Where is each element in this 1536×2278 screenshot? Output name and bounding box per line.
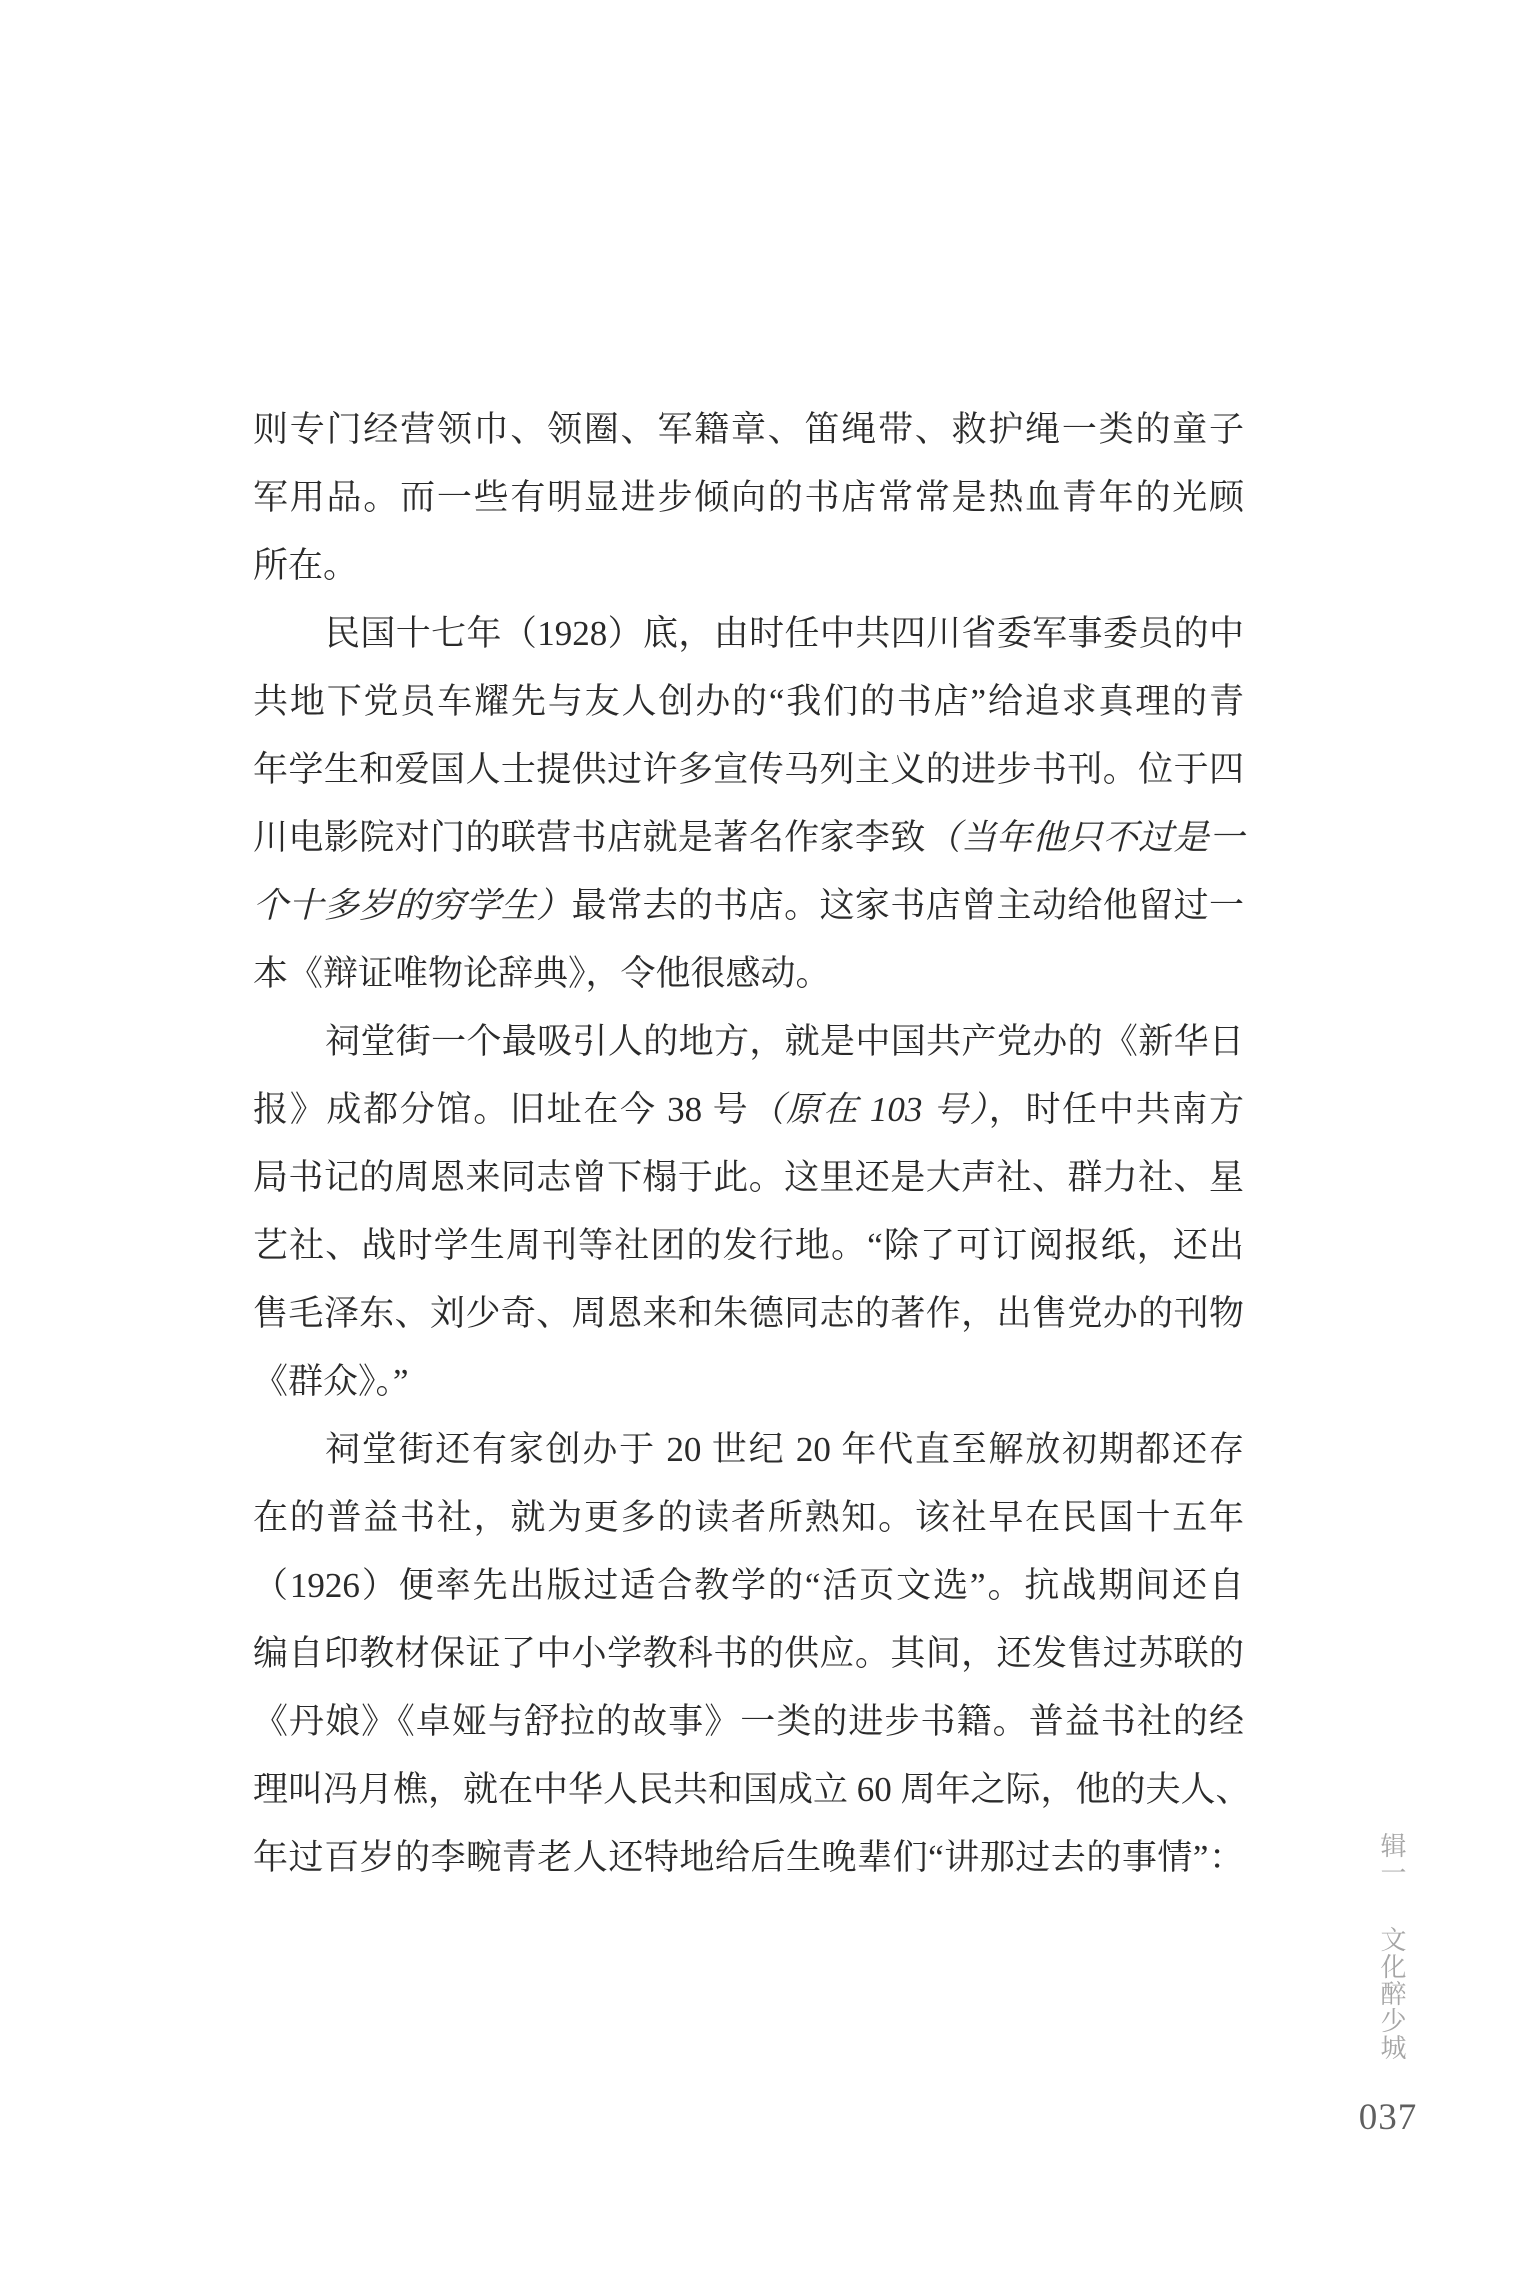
text-line: 理叫冯月樵，就在中华人民共和国成立 60 周年之际，他的夫人、 xyxy=(253,1756,1244,1824)
text-segment: 局书记的周恩来同志曾下榻于此。这里还是大声社、群力社、星 xyxy=(253,1158,1244,1197)
text-line: 局书记的周恩来同志曾下榻于此。这里还是大声社、群力社、星 xyxy=(253,1144,1244,1212)
text-segment: 《群众》。” xyxy=(253,1362,409,1401)
text-segment: ，时任中共南方 xyxy=(989,1090,1244,1129)
text-line: 共地下党员车耀先与友人创办的“我们的书店”给追求真理的青 xyxy=(253,668,1244,736)
text-line: 《群众》。” xyxy=(253,1348,1244,1416)
text-line: 报》成都分馆。旧址在今 38 号（原在 103 号），时任中共南方 xyxy=(253,1076,1244,1144)
text-line: 在的普益书社，就为更多的读者所熟知。该社早在民国十五年 xyxy=(253,1484,1244,1552)
text-segment: 年过百岁的李畹青老人还特地给后生晚辈们“讲那过去的事情”： xyxy=(253,1838,1244,1877)
paragraph: 民国十七年（1928）底，由时任中共四川省委军事委员的中共地下党员车耀先与友人创… xyxy=(253,600,1244,1008)
text-segment-kaiti: （当年他只不过是一 xyxy=(926,818,1244,857)
text-line: 军用品。而一些有明显进步倾向的书店常常是热血青年的光顾 xyxy=(253,464,1244,532)
text-segment: （1926）便率先出版过适合教学的“活页文选”。抗战期间还自 xyxy=(253,1566,1244,1605)
paragraph: 祠堂街一个最吸引人的地方，就是中国共产党办的《新华日报》成都分馆。旧址在今 38… xyxy=(253,1008,1244,1416)
paragraph: 则专门经营领巾、领圈、军籍章、笛绳带、救护绳一类的童子军用品。而一些有明显进步倾… xyxy=(253,396,1244,600)
text-segment: 民国十七年（1928）底，由时任中共四川省委军事委员的中 xyxy=(325,614,1244,653)
text-line: 《丹娘》《卓娅与舒拉的故事》一类的进步书籍。普益书社的经 xyxy=(253,1688,1244,1756)
text-segment: 祠堂街还有家创办于 20 世纪 20 年代直至解放初期都还存 xyxy=(325,1430,1244,1469)
text-segment: 售毛泽东、刘少奇、周恩来和朱德同志的著作，出售党办的刊物 xyxy=(253,1294,1244,1333)
text-segment: 则专门经营领巾、领圈、军籍章、笛绳带、救护绳一类的童子 xyxy=(253,410,1244,449)
text-line: 艺社、战时学生周刊等社团的发行地。“除了可订阅报纸，还出 xyxy=(253,1212,1244,1280)
text-segment: 祠堂街一个最吸引人的地方，就是中国共产党办的《新华日 xyxy=(325,1022,1244,1061)
text-segment: 编自印教材保证了中小学教科书的供应。其间，还发售过苏联的 xyxy=(253,1634,1244,1673)
text-line: 祠堂街一个最吸引人的地方，就是中国共产党办的《新华日 xyxy=(253,1008,1244,1076)
text-segment-kaiti: 个十多岁的穷学生） xyxy=(253,886,572,925)
text-segment: 报》成都分馆。旧址在今 38 号 xyxy=(253,1090,749,1129)
paragraph: 祠堂街还有家创办于 20 世纪 20 年代直至解放初期都还存在的普益书社，就为更… xyxy=(253,1416,1244,1892)
text-line: 售毛泽东、刘少奇、周恩来和朱德同志的著作，出售党办的刊物 xyxy=(253,1280,1244,1348)
text-line: 本《辩证唯物论辞典》，令他很感动。 xyxy=(253,940,1244,1008)
text-segment: 艺社、战时学生周刊等社团的发行地。“除了可订阅报纸，还出 xyxy=(253,1226,1244,1265)
text-line: 川电影院对门的联营书店就是著名作家李致（当年他只不过是一 xyxy=(253,804,1244,872)
text-segment: 军用品。而一些有明显进步倾向的书店常常是热血青年的光顾 xyxy=(253,478,1244,517)
text-line: 年学生和爱国人士提供过许多宣传马列主义的进步书刊。位于四 xyxy=(253,736,1244,804)
text-line: 年过百岁的李畹青老人还特地给后生晚辈们“讲那过去的事情”： xyxy=(253,1824,1244,1892)
text-segment: 理叫冯月樵，就在中华人民共和国成立 60 周年之际，他的夫人、 xyxy=(253,1770,1251,1809)
text-line: （1926）便率先出版过适合教学的“活页文选”。抗战期间还自 xyxy=(253,1552,1244,1620)
text-segment: 共地下党员车耀先与友人创办的“我们的书店”给追求真理的青 xyxy=(253,682,1244,721)
chapter-volume-label: 辑一 xyxy=(1377,1832,1407,1886)
text-segment: 年学生和爱国人士提供过许多宣传马列主义的进步书刊。位于四 xyxy=(253,750,1244,789)
text-segment: 川电影院对门的联营书店就是著名作家李致 xyxy=(253,818,926,857)
chapter-title-label: 文化醉少城 xyxy=(1377,1926,1407,2061)
text-segment-kaiti: （原在 103 号） xyxy=(749,1090,988,1129)
text-segment: 本《辩证唯物论辞典》，令他很感动。 xyxy=(253,954,831,993)
text-line: 个十多岁的穷学生）最常去的书店。这家书店曾主动给他留过一 xyxy=(253,872,1244,940)
text-line: 编自印教材保证了中小学教科书的供应。其间，还发售过苏联的 xyxy=(253,1620,1244,1688)
text-line: 所在。 xyxy=(253,532,1244,600)
page-number: 037 xyxy=(1356,2096,1420,2139)
book-page: 则专门经营领巾、领圈、军籍章、笛绳带、救护绳一类的童子军用品。而一些有明显进步倾… xyxy=(0,0,1536,2278)
text-line: 民国十七年（1928）底，由时任中共四川省委军事委员的中 xyxy=(253,600,1244,668)
text-segment: 在的普益书社，就为更多的读者所熟知。该社早在民国十五年 xyxy=(253,1498,1244,1537)
text-segment: 《丹娘》《卓娅与舒拉的故事》一类的进步书籍。普益书社的经 xyxy=(253,1702,1244,1741)
body-text: 则专门经营领巾、领圈、军籍章、笛绳带、救护绳一类的童子军用品。而一些有明显进步倾… xyxy=(253,396,1244,1892)
margin-chapter-caption: 辑一 文化醉少城 xyxy=(1374,1832,1411,2061)
text-line: 则专门经营领巾、领圈、军籍章、笛绳带、救护绳一类的童子 xyxy=(253,396,1244,464)
text-line: 祠堂街还有家创办于 20 世纪 20 年代直至解放初期都还存 xyxy=(253,1416,1244,1484)
text-segment: 最常去的书店。这家书店曾主动给他留过一 xyxy=(572,886,1244,925)
text-segment: 所在。 xyxy=(253,546,358,585)
